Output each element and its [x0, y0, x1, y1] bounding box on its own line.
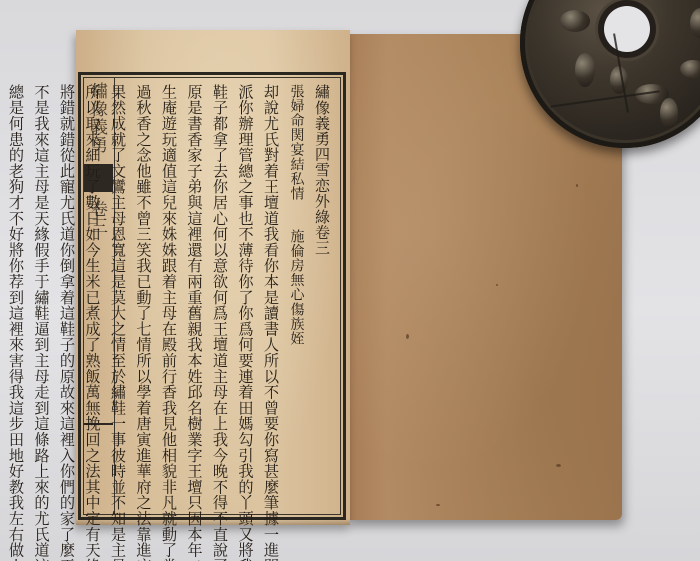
- text-column: 所以取來細玩了數日如今生米已煮成了熟飯萬無挽回之法其中定有天緣求主母: [79, 84, 105, 508]
- text-columns: 繡像義勇四雪恋外綠卷三 張婦命関宴結私情 施倫房無心傷族姪 却說尤氏對着王壇道我…: [118, 84, 334, 508]
- text-column: 派你辦理管總之事也不薄待你了你爲何要連着田媽勾引我的丫頭又將我穿過的: [232, 84, 258, 508]
- page-bottom-edge: [76, 519, 350, 525]
- chapter-heading-2: 施倫房無心傷族姪: [284, 201, 309, 346]
- text-column: 總是何患的老狗才不好將你荐到這裡來害得我這步田地好教我左右做人難若不: [3, 84, 29, 508]
- printed-left-page: 繡像義勇 卷三 繡像義勇四雪恋外綠卷三 張婦命関宴結私情 施倫房無心傷族姪 却說…: [76, 30, 350, 525]
- text-column: 鞋子都拿了去你居心何以意欲何爲王壇道主母在上我今晚不得不直說了我也姐: [207, 84, 233, 508]
- text-column: 生庵遊玩適值這兒來姝姝跟着主母在殿前行香我見他相貌非凡就動了當初唐寅: [156, 84, 182, 508]
- text-column: 原是書香家子弟與這裡還有兩重舊親我本姓邱名樹業字王壇只因本年二月間在長: [181, 84, 207, 508]
- book-title-column: 繡像義勇四雪恋外綠卷三: [309, 84, 335, 508]
- text-column: 却說尤氏對着王壇道我看你本是讀書人所以不曾要你寫甚麼筆據一進門來我就: [258, 84, 284, 508]
- text-column: 果然成就了文鸞主母恩寬這是莫大之情至於繡鞋一事彼時並不知是主母穿過的: [105, 84, 131, 508]
- coin-center-hole: [604, 6, 650, 52]
- photo-scene: 繡像義勇 卷三 繡像義勇四雪恋外綠卷三 張婦命関宴結私情 施倫房無心傷族姪 却說…: [0, 0, 700, 561]
- chapter-heading-1: 張婦命関宴結私情: [284, 84, 309, 201]
- text-column: 將錯就錯從此寵尤氏道你倒拿着這鞋子的原故來這裡入你們的家了麼王壇道: [54, 84, 80, 508]
- print-frame: 繡像義勇 卷三 繡像義勇四雪恋外綠卷三 張婦命関宴結私情 施倫房無心傷族姪 却說…: [78, 72, 346, 520]
- text-column: 過秋香之念他雖不曾三笑我已動了七情所以學着唐寅進華府之法靠進府來如今: [130, 84, 156, 508]
- text-column: 不是我來這主母是天緣假手于繡鞋逼到主母走到這條路上來的尤氏道這個事情: [28, 84, 54, 508]
- chapter-heading-column: 張婦命関宴結私情 施倫房無心傷族姪: [283, 84, 309, 508]
